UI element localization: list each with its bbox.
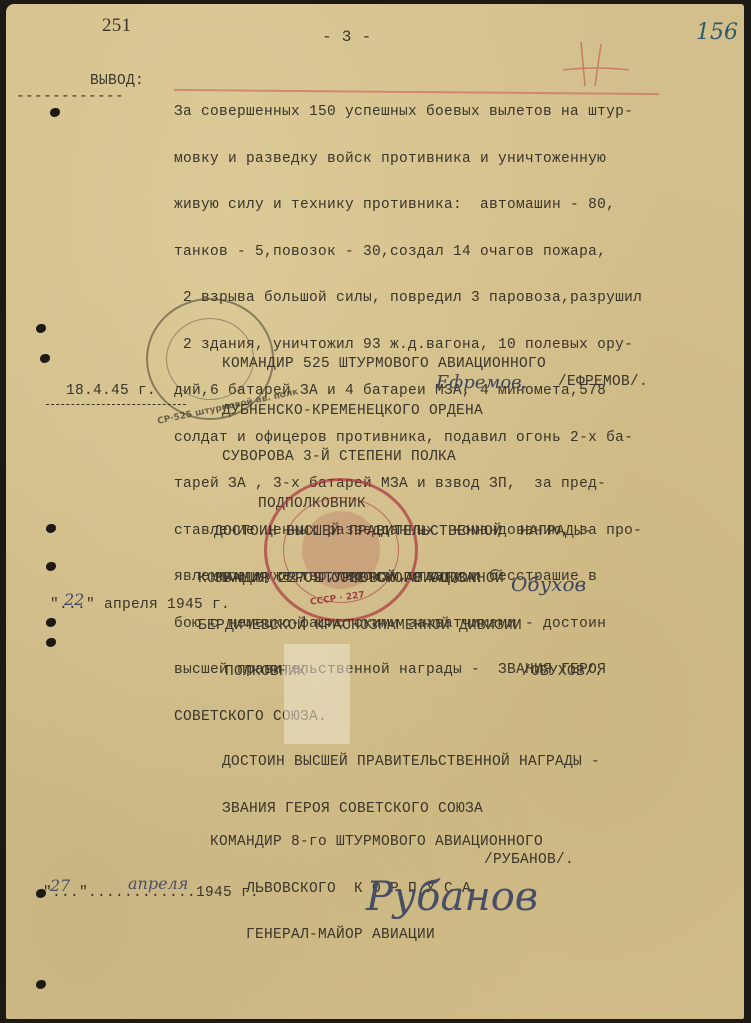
corps-date-month: апреля xyxy=(128,874,188,893)
regiment-commander-line: ДУБНЕНСКО-КРЕМЕНЕЦКОГО ОРДЕНА xyxy=(222,404,546,420)
folio-number: 156 xyxy=(696,20,738,45)
corps-commander-name: /РУБАНОВ/. xyxy=(484,853,574,869)
binding-hole-icon xyxy=(50,108,60,117)
division-commander-signature: Обухов xyxy=(511,572,586,596)
archive-document-page: 251 - 3 - 156 ВЫВОД: ------------ За сов… xyxy=(6,4,744,1019)
binding-hole-icon xyxy=(40,354,50,363)
conclusion-line: За совершенных 150 успешных боевых вылет… xyxy=(174,105,642,121)
archive-page-number: 251 xyxy=(102,18,131,34)
corps-commander-signature: Рубанов xyxy=(366,874,538,920)
corps-commander-line: ГЕНЕРАЛ-МАЙОР АВИАЦИИ xyxy=(210,928,543,944)
division-commander-line: БЕРДИЧЕВСКОЙ КРАСНОЗНАМЕННОЙ ДИВИЗИИ xyxy=(198,619,603,635)
binding-hole-icon xyxy=(46,562,56,571)
division-recommendation-line: ДОСТОИН ВЫСШЕЙ ПРАВИТЕЛЬСТВЕННОЙ НАГРАДЫ… xyxy=(214,525,592,541)
regiment-commander-line: СУВОРОВА 3-Й СТЕПЕНИ ПОЛКА xyxy=(222,450,546,466)
regiment-commander-line: КОМАНДИР 525 ШТУРМОВОГО АВИАЦИОННОГО xyxy=(222,357,546,373)
binding-hole-icon xyxy=(36,980,46,989)
division-commander-block: КОМАНДИР 227 ШТУРМОВОЙ АВИАЦИОННОЙ БЕРДИ… xyxy=(198,541,603,712)
conclusion-line: мовку и разведку войск противника и унич… xyxy=(174,152,642,168)
corps-commander-line: КОМАНДИР 8-го ШТУРМОВОГО АВИАЦИОННОГО xyxy=(210,835,543,851)
binding-hole-icon xyxy=(36,324,46,333)
corps-date-day: 27 xyxy=(50,876,70,895)
regiment-commander-name: /ЕФРЕМОВ/. xyxy=(558,375,648,391)
binding-hole-icon xyxy=(46,618,56,627)
page-marker: - 3 - xyxy=(322,30,372,46)
date-dashed-line xyxy=(46,404,186,405)
conclusion-line: 2 взрыва большой силы, повредил 3 парово… xyxy=(174,291,642,307)
binding-hole-icon xyxy=(46,524,56,533)
conclusion-line: живую силу и технику противника: автомаш… xyxy=(174,198,642,214)
conclusion-line: СОВЕТСКОГО СОЮЗА. xyxy=(174,710,642,726)
conclusion-line: танков - 5,повозок - 30,создал 14 очагов… xyxy=(174,245,642,261)
conclusion-label: ВЫВОД: xyxy=(90,74,144,90)
regiment-date: 18.4.45 г. xyxy=(66,384,156,400)
conclusion-dashes: ------------ xyxy=(16,90,124,106)
corps-recommendation-line: ДОСТОИН ВЫСШЕЙ ПРАВИТЕЛЬСТВЕННОЙ НАГРАДЫ… xyxy=(222,755,600,771)
regiment-commander-signature: Ефремов. xyxy=(436,372,527,393)
binding-hole-icon xyxy=(46,638,56,647)
division-date-day: 22 xyxy=(64,590,84,609)
division-commander-line: ПОЛКОВНИК /ОБУХОВ/. xyxy=(198,665,603,681)
